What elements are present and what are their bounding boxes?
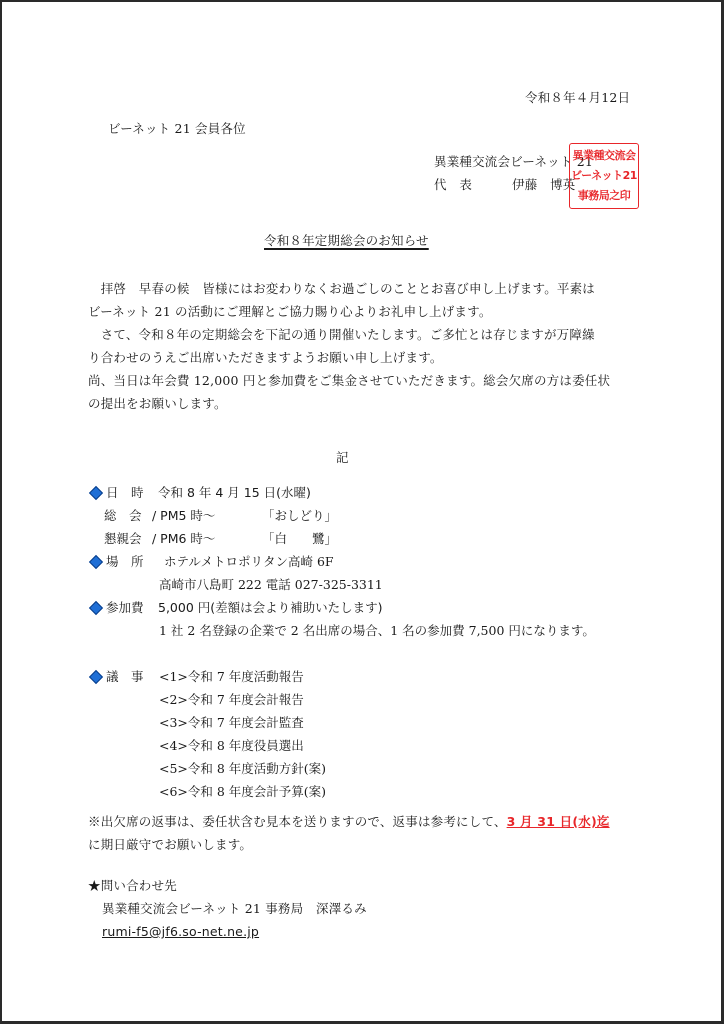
- representative-label: 代 表: [434, 177, 512, 193]
- contact-email-wrap: rumi-f5@jf6.so-net.ne.jp: [102, 924, 259, 940]
- datetime-label: 日 時: [106, 485, 158, 501]
- stamp-line: 異業種交流会: [570, 146, 638, 166]
- body-line: 尚、当日は年会費 12,000 円と参加費をご集金させていただきます。総会欠席の…: [88, 373, 610, 389]
- diamond-bullet-icon: [89, 486, 103, 500]
- agenda-item: <5>令和 8 年度活動方針(案): [159, 761, 326, 777]
- agenda-row: 議 事: [88, 669, 144, 685]
- diamond-bullet-icon: [89, 601, 103, 615]
- general-meeting-row: 総 会/ PM5 時～「おしどり」: [104, 508, 337, 524]
- body-line: さて、令和８年の定期総会を下記の通り開催いたします。ご多忙とは存じますが万障繰: [88, 327, 595, 343]
- datetime-value: 令和 8 年 4 月 15 日(水曜): [158, 485, 311, 500]
- document-title: 令和８年定期総会のお知らせ: [264, 233, 429, 249]
- contact-email-link[interactable]: rumi-f5@jf6.so-net.ne.jp: [102, 924, 259, 939]
- diamond-bullet-icon: [89, 555, 103, 569]
- rsvp-note-text: ※出欠席の返事は、委任状含む見本を送りますので、返事は参考にして、: [88, 814, 507, 829]
- contact-heading: ★問い合わせ先: [88, 878, 177, 894]
- datetime-row: 日 時令和 8 年 4 月 15 日(水曜): [88, 485, 311, 501]
- issue-date: 令和８年４月12日: [525, 90, 630, 106]
- place-row: 場 所ホテルメトロポリタン高崎 6F: [88, 554, 334, 570]
- agenda-label: 議 事: [106, 669, 144, 684]
- general-meeting-time: / PM5 時～: [152, 508, 262, 524]
- social-gathering-label: 懇親会: [104, 531, 152, 547]
- fee-label: 参加費: [106, 600, 158, 616]
- rsvp-deadline: 3 月 31 日(水)迄: [507, 814, 610, 829]
- rsvp-note-line2: に期日厳守でお願いします。: [88, 837, 252, 853]
- diamond-bullet-icon: [89, 670, 103, 684]
- rsvp-note: ※出欠席の返事は、委任状含む見本を送りますので、返事は参考にして、3 月 31 …: [88, 814, 610, 830]
- fee-note: 1 社 2 名登録の企業で 2 名出席の場合、1 名の参加費 7,500 円にな…: [159, 623, 595, 639]
- body-line: 拝啓 早春の候 皆様にはお変わりなくお過ごしのこととお喜び申し上げます。平素は: [88, 281, 595, 297]
- stamp-line: 事務局之印: [570, 186, 638, 206]
- place-address: 高崎市八島町 222 電話 027-325-3311: [159, 577, 383, 593]
- ki-heading: 記: [336, 450, 349, 466]
- social-gathering-venue: 「白 鷺」: [262, 531, 337, 546]
- agenda-item: <4>令和 8 年度役員選出: [159, 738, 304, 754]
- seal-stamp: 異業種交流会 ビーネット21 事務局之印: [569, 143, 639, 209]
- stamp-line: ビーネット21: [570, 166, 638, 186]
- body-line: ビーネット 21 の活動にご理解とご協力賜り心よりお礼申し上げます。: [88, 304, 492, 320]
- social-gathering-time: / PM6 時～: [152, 531, 262, 547]
- document-page: 令和８年４月12日 ビーネット 21 会員各位 異業種交流会ビーネット 21 代…: [0, 0, 724, 1024]
- addressee: ビーネット 21 会員各位: [108, 121, 246, 137]
- place-value: ホテルメトロポリタン高崎 6F: [164, 554, 334, 569]
- fee-row: 参加費5,000 円(差額は会より補助いたします): [88, 600, 383, 616]
- representative: 代 表伊藤 博英: [434, 177, 576, 193]
- agenda-item: <1>令和 7 年度活動報告: [159, 669, 304, 685]
- body-line: り合わせのうえご出席いただきますようお願い申し上げます。: [88, 350, 443, 366]
- general-meeting-label: 総 会: [104, 508, 152, 524]
- body-line: の提出をお願いします。: [88, 396, 227, 412]
- agenda-item: <2>令和 7 年度会計報告: [159, 692, 304, 708]
- agenda-item: <3>令和 7 年度会計監査: [159, 715, 304, 731]
- social-gathering-row: 懇親会/ PM6 時～「白 鷺」: [104, 531, 337, 547]
- general-meeting-venue: 「おしどり」: [262, 508, 337, 523]
- place-label: 場 所: [106, 554, 164, 570]
- agenda-item: <6>令和 8 年度会計予算(案): [159, 784, 326, 800]
- representative-name: 伊藤 博英: [512, 177, 576, 192]
- contact-office: 異業種交流会ビーネット 21 事務局 深澤るみ: [102, 901, 367, 917]
- fee-value: 5,000 円(差額は会より補助いたします): [158, 600, 383, 615]
